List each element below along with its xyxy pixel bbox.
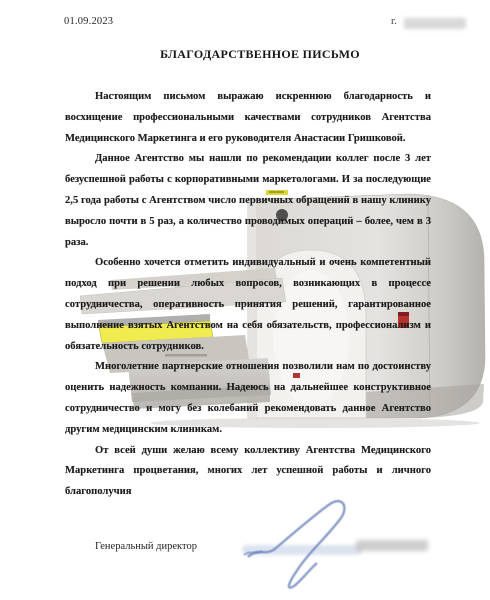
letter-body: Настоящим письмом выражаю искреннюю благ…	[65, 87, 431, 503]
signatory-role: Генеральный директор	[95, 541, 197, 552]
paragraph-approach: Особенно хочется отметить индивидуальный…	[65, 253, 431, 357]
paragraph-recommendation: Многолетние партнерские отношения позвол…	[65, 357, 431, 440]
blurred-director-name	[356, 540, 428, 551]
letter-title: БЛАГОДАРСТВЕННОЕ ПИСЬМО	[75, 47, 445, 62]
letter-date: 01.09.2023	[64, 16, 113, 27]
scanned-letter-page: 01.09.2023 г. БЛАГОДАРСТВЕННОЕ ПИСЬМО	[0, 0, 490, 600]
blurred-city-name	[404, 18, 466, 29]
paragraph-results: Данное Агентство мы нашли по рекомендаци…	[65, 149, 431, 253]
city-label: г.	[391, 16, 397, 27]
handwritten-signature-icon	[238, 494, 373, 594]
paragraph-gratitude: Настоящим письмом выражаю искреннюю благ…	[65, 87, 431, 149]
